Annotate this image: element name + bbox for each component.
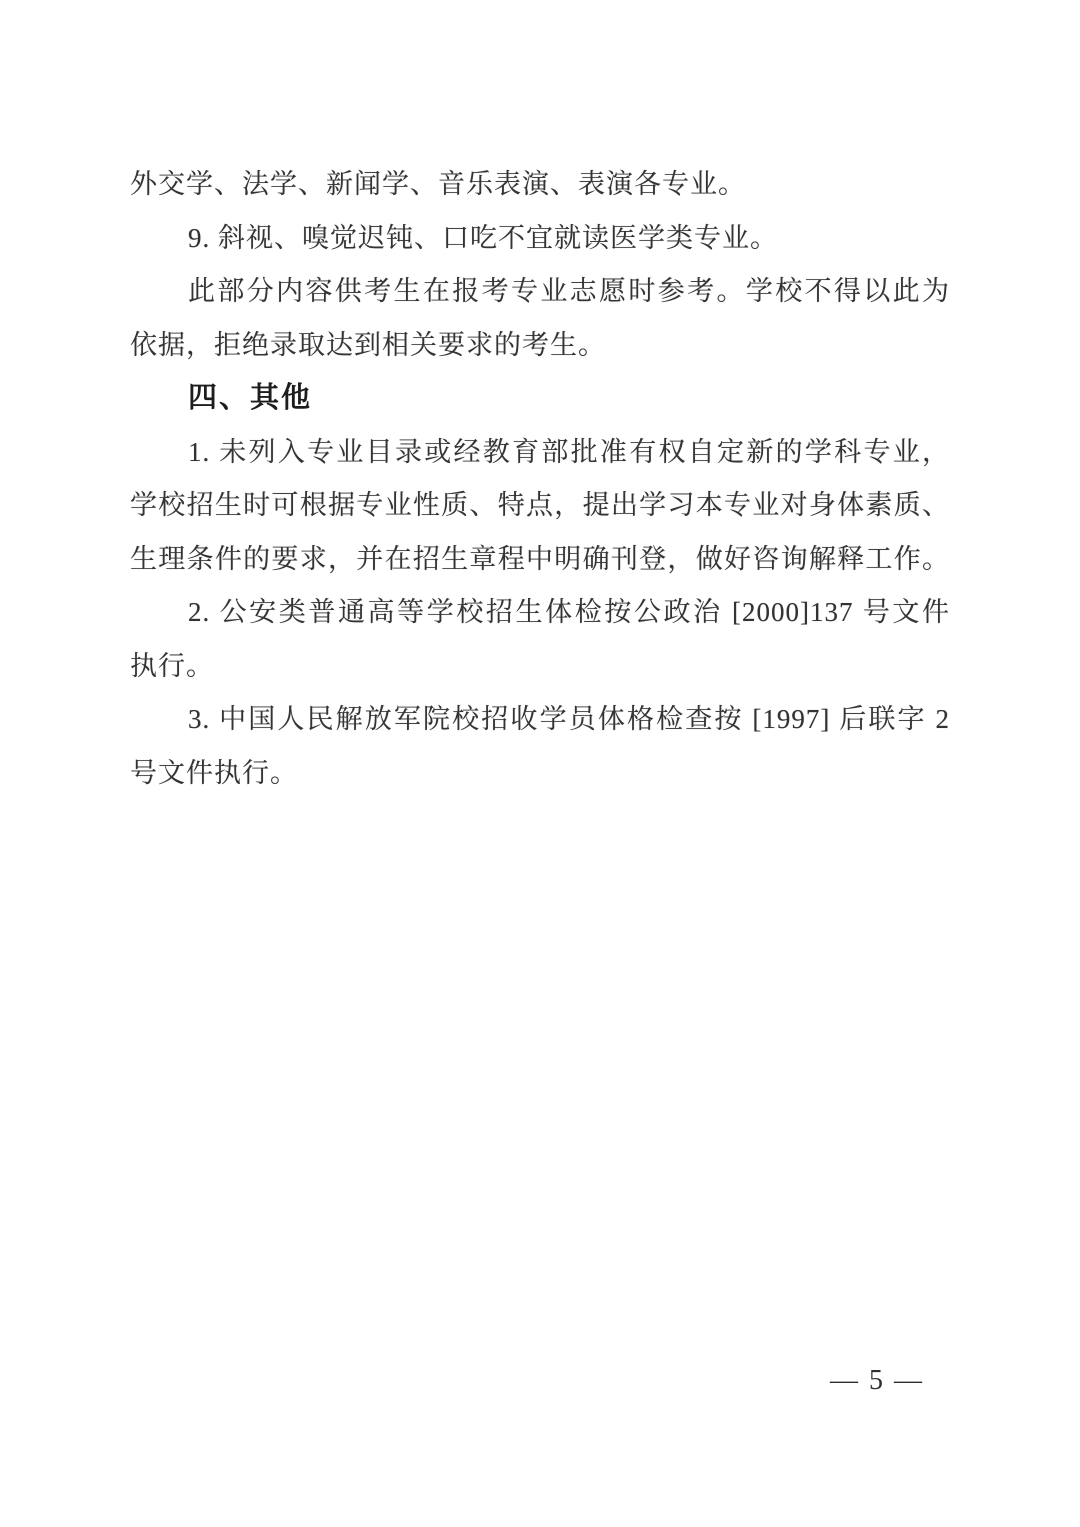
paragraph-line-item-3: 3. 中国人民解放军院校招收学员体格检查按 [1997] 后联字 2	[130, 693, 950, 747]
paragraph-line: 生理条件的要求，并在招生章程中明确刊登，做好咨询解释工作。	[130, 533, 950, 587]
paragraph-line: 号文件执行。	[130, 747, 950, 801]
section-heading-other: 四、其他	[130, 372, 950, 426]
paragraph-line: 执行。	[130, 640, 950, 694]
page-number: — 5 —	[0, 1365, 1080, 1397]
paragraph-line-item-9: 9. 斜视、嗅觉迟钝、口吃不宜就读医学类专业。	[130, 212, 950, 266]
paragraph-line: 学校招生时可根据专业性质、特点，提出学习本专业对身体素质、	[130, 479, 950, 533]
paragraph-line: 此部分内容供考生在报考专业志愿时参考。学校不得以此为	[130, 265, 950, 319]
paragraph-line: 外交学、法学、新闻学、音乐表演、表演各专业。	[130, 158, 950, 212]
document-page: 外交学、法学、新闻学、音乐表演、表演各专业。 9. 斜视、嗅觉迟钝、口吃不宜就读…	[0, 0, 1080, 1527]
paragraph-line: 依据，拒绝录取达到相关要求的考生。	[130, 319, 950, 373]
paragraph-line-item-2: 2. 公安类普通高等学校招生体检按公政治 [2000]137 号文件	[130, 586, 950, 640]
paragraph-line-item-1: 1. 未列入专业目录或经教育部批准有权自定新的学科专业，	[130, 426, 950, 480]
document-body: 外交学、法学、新闻学、音乐表演、表演各专业。 9. 斜视、嗅觉迟钝、口吃不宜就读…	[130, 158, 950, 800]
